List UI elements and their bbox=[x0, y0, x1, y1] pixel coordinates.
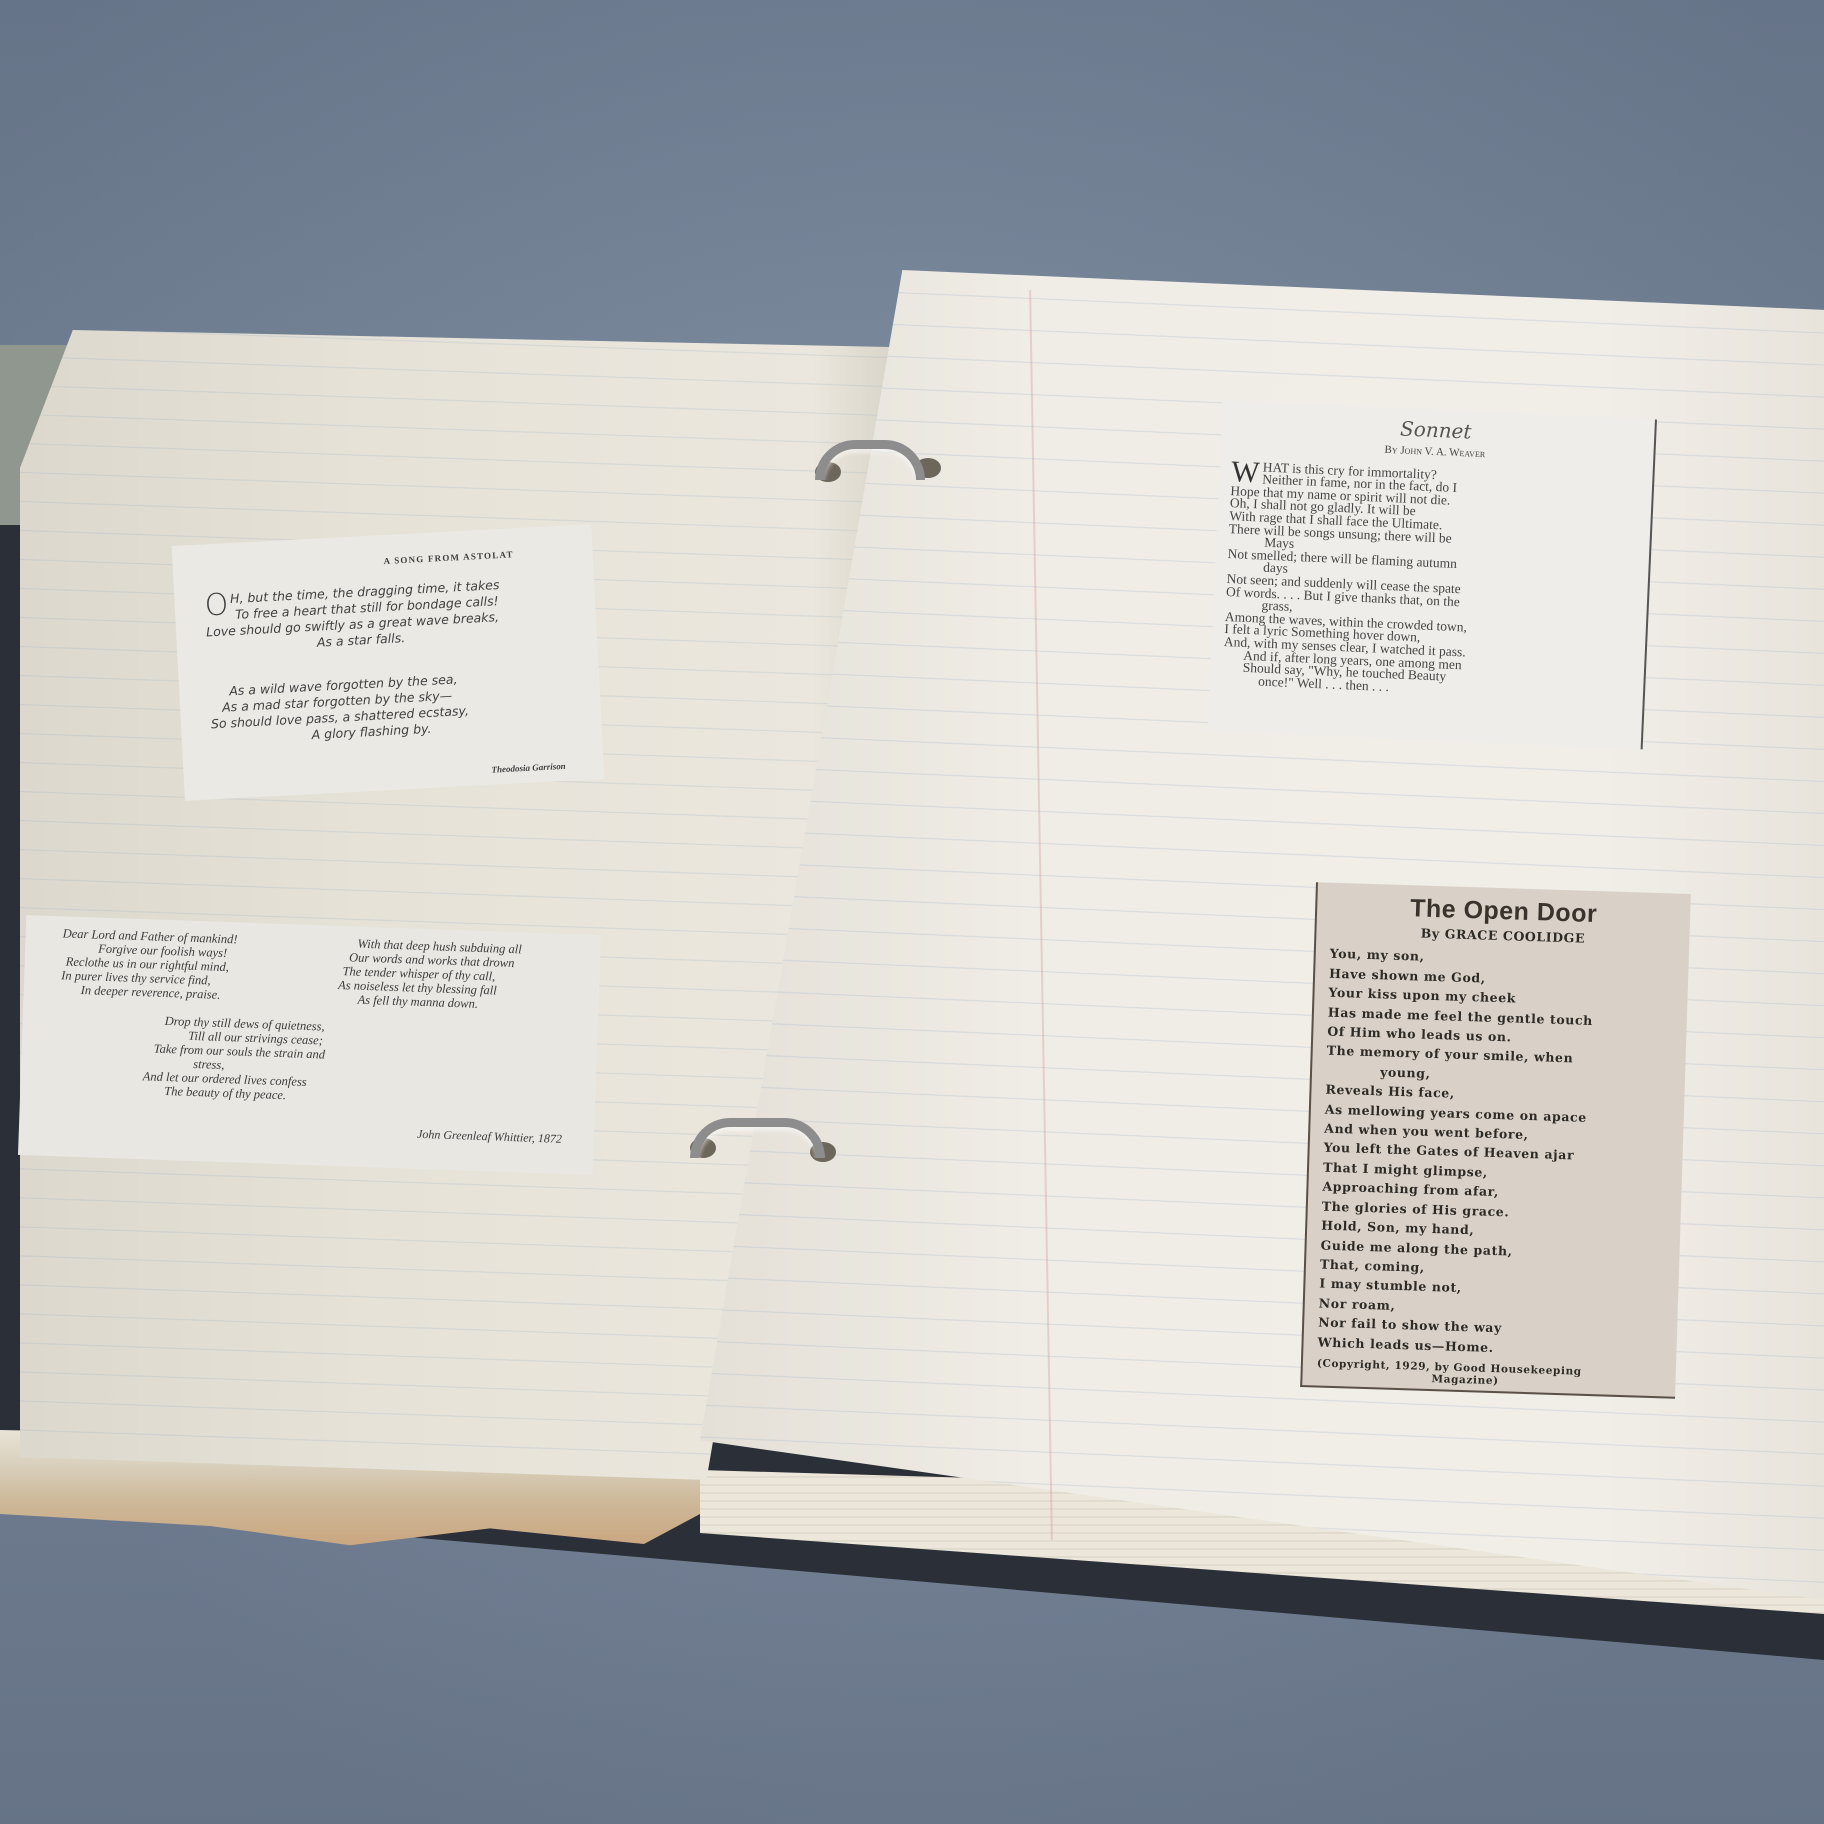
clipping-whittier-hymn: Dear Lord and Father of mankind! Forgive… bbox=[18, 915, 601, 1175]
copyright-notice: (Copyright, 1929, by Good Housekeeping M… bbox=[1316, 1357, 1662, 1392]
clipping-song-from-astolat: A SONG FROM ASTOLAT O H, but the time, t… bbox=[172, 524, 605, 801]
stanza-1: O H, but the time, the dragging time, it… bbox=[204, 573, 579, 656]
drop-cap: O bbox=[204, 593, 229, 618]
clipping-sonnet: Sonnet By John V. A. Weaver W HAT is thi… bbox=[1208, 401, 1657, 750]
poem-author: John Greenleaf Whittier, 1872 bbox=[31, 1113, 562, 1146]
stanza-2: With that deep hush subduing all Our wor… bbox=[329, 936, 588, 1015]
drop-cap: W bbox=[1231, 460, 1260, 485]
stanza-1: Dear Lord and Father of mankind! Forgive… bbox=[36, 925, 312, 1005]
clipping-the-open-door: The Open Door By GRACE COOLIDGE You, my … bbox=[1300, 882, 1691, 1399]
stanza-2: As a wild wave forgotten by the sea, As … bbox=[209, 665, 584, 748]
stanza-3: Drop thy still dews of quietness, Till a… bbox=[142, 1013, 586, 1112]
binder-ring-bottom bbox=[690, 1118, 825, 1158]
poem-title: A SONG FROM ASTOLAT bbox=[322, 543, 574, 572]
